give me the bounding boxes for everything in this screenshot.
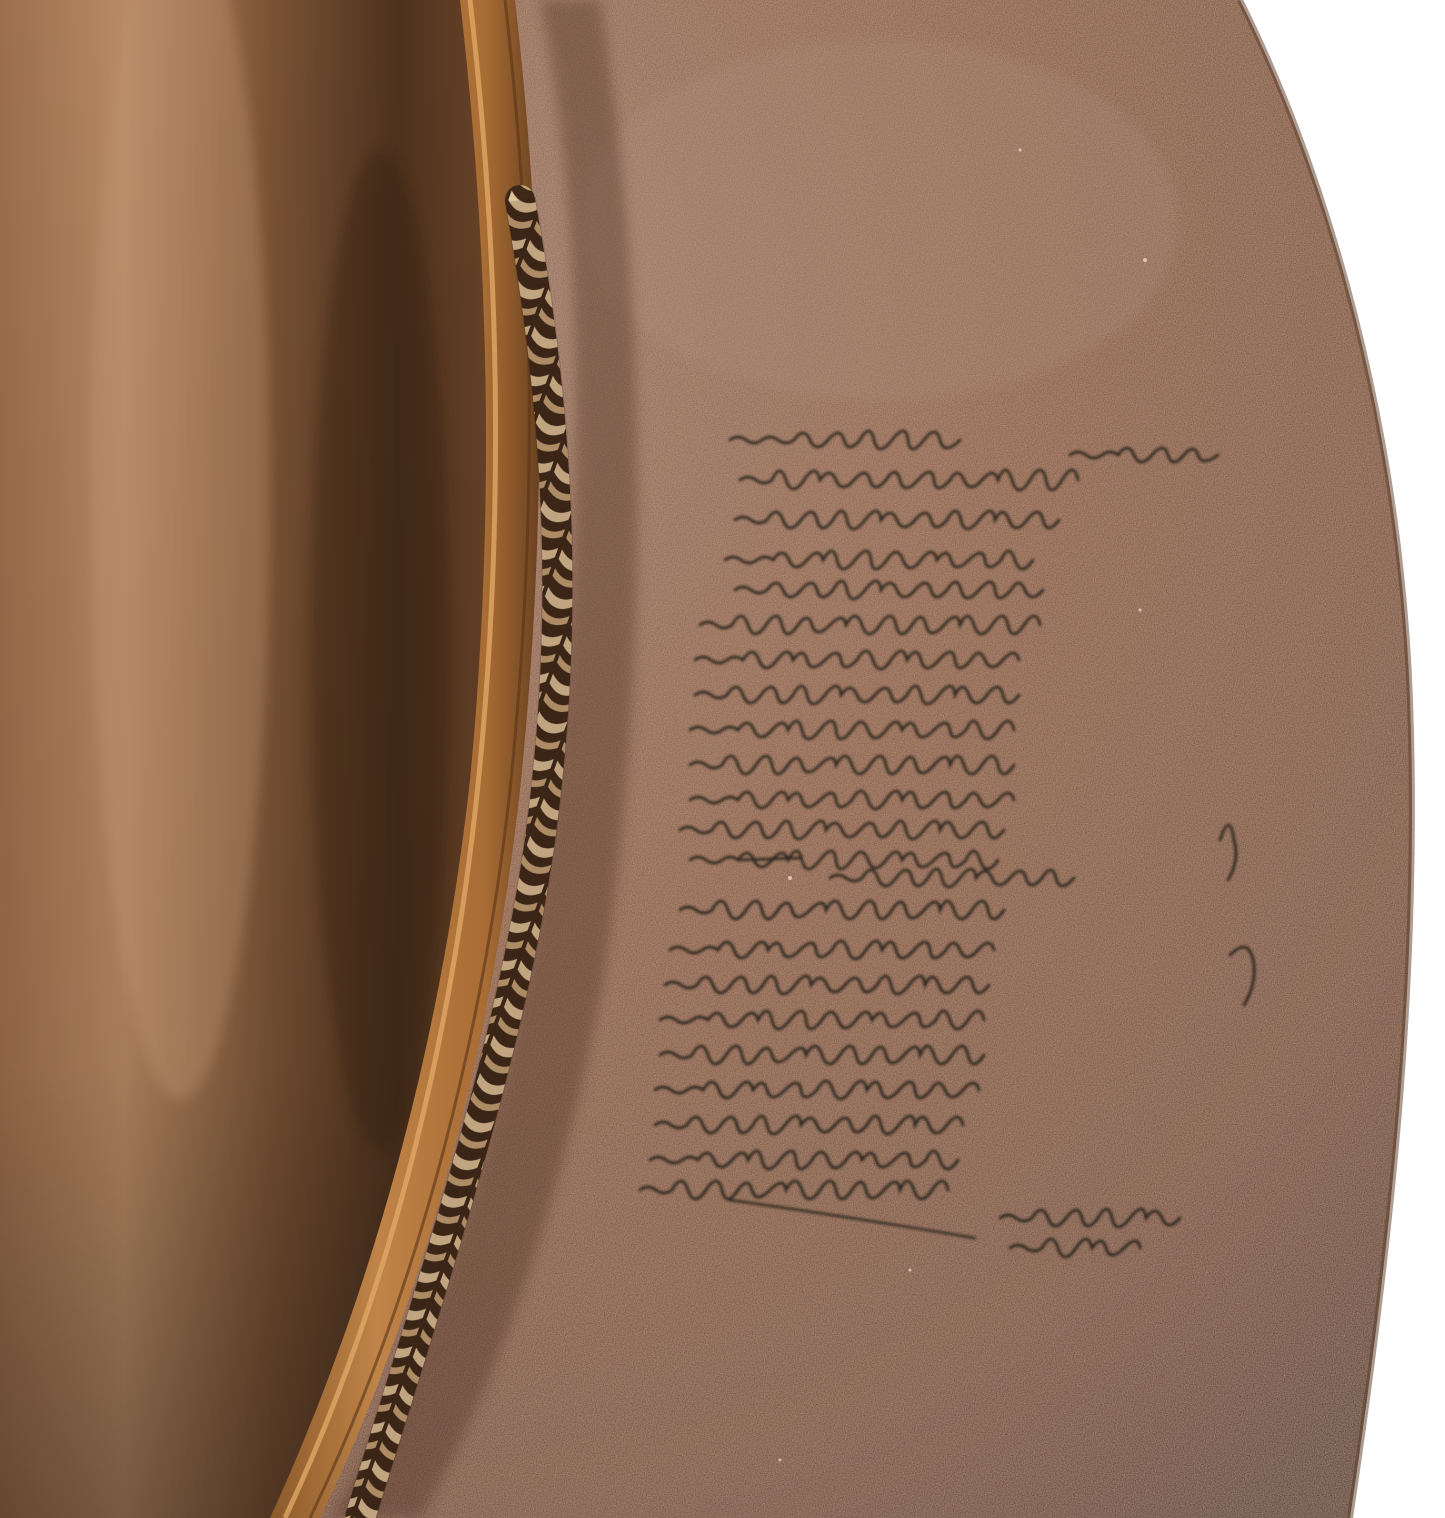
dust-patch	[580, 40, 1180, 400]
hat-illustration	[0, 0, 1445, 1518]
crown-shadow	[310, 150, 450, 1150]
hat-photo	[0, 0, 1445, 1518]
